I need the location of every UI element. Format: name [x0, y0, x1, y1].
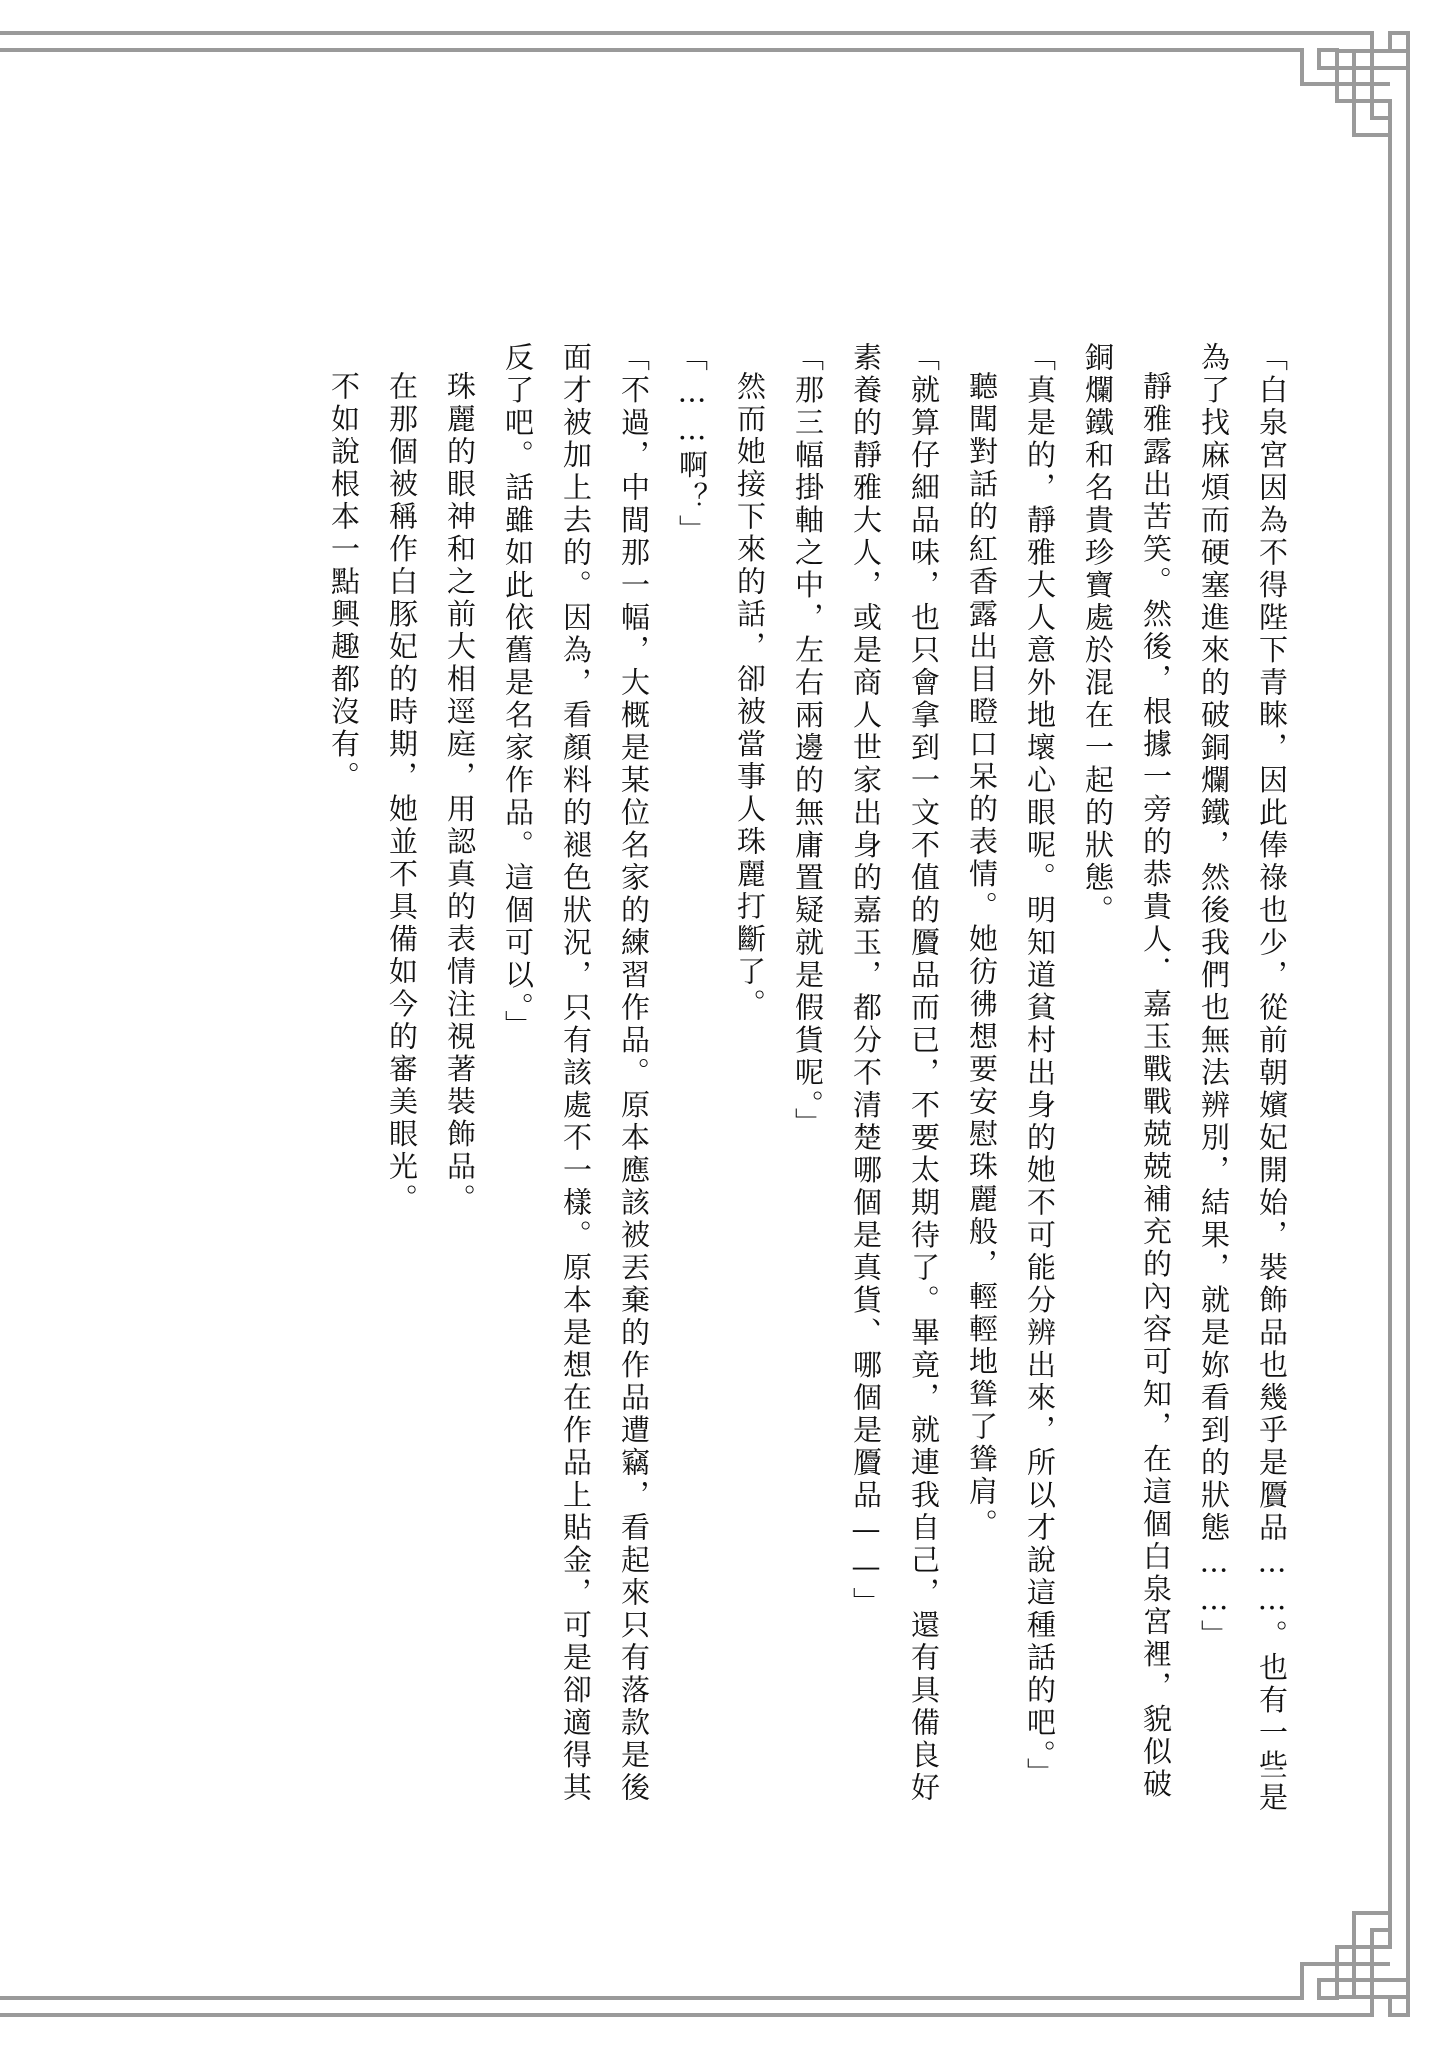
vertical-text-body: 「白泉宮因為不得陛下青睞，因此俸祿也少，從前朝嬪妃開始，裝飾品也幾乎是贗品……。…	[315, 342, 1301, 1822]
paragraph-dialogue-1: 「白泉宮因為不得陛下青睞，因此俸祿也少，從前朝嬪妃開始，裝飾品也幾乎是贗品……。…	[1185, 342, 1301, 1822]
corner-ornament-bottom-right	[1290, 1912, 1408, 2015]
corner-ornament-top-right	[1290, 33, 1408, 136]
paragraph-narration-7: 然而她接下來的話，卻被當事人珠麗打斷了。	[721, 342, 779, 1822]
paragraph-narration-11: 在那個被稱作白豚妃的時期，她並不具備如今的審美眼光。	[373, 342, 431, 1822]
paragraph-dialogue-5: 「就算仔細品味，也只會拿到一文不值的贗品而已，不要太期待了。畢竟，就連我自己，還…	[837, 342, 953, 1822]
paragraph-narration-10: 珠麗的眼神和之前大相逕庭，用認真的表情注視著裝飾品。	[431, 342, 489, 1822]
paragraph-dialogue-8: 「……啊？」	[663, 342, 721, 1822]
paragraph-narration-2: 靜雅露出苦笑。然後，根據一旁的恭貴人．嘉玉戰戰兢兢補充的內容可知，在這個白泉宮裡…	[1069, 342, 1185, 1822]
paragraph-dialogue-6: 「那三幅掛軸之中，左右兩邊的無庸置疑就是假貨呢。」	[779, 342, 837, 1822]
paragraph-dialogue-3: 「真是的，靜雅大人意外地壞心眼呢。明知道貧村出身的她不可能分辨出來，所以才說這種…	[1011, 342, 1069, 1822]
paragraph-narration-4: 聽聞對話的紅香露出目瞪口呆的表情。她彷彿想要安慰珠麗般，輕輕地聳了聳肩。	[953, 342, 1011, 1822]
paragraph-narration-12: 不如說根本一點興趣都沒有。	[315, 342, 373, 1822]
paragraph-dialogue-9: 「不過，中間那一幅，大概是某位名家的練習作品。原本應該被丟棄的作品遭竊，看起來只…	[489, 342, 663, 1822]
